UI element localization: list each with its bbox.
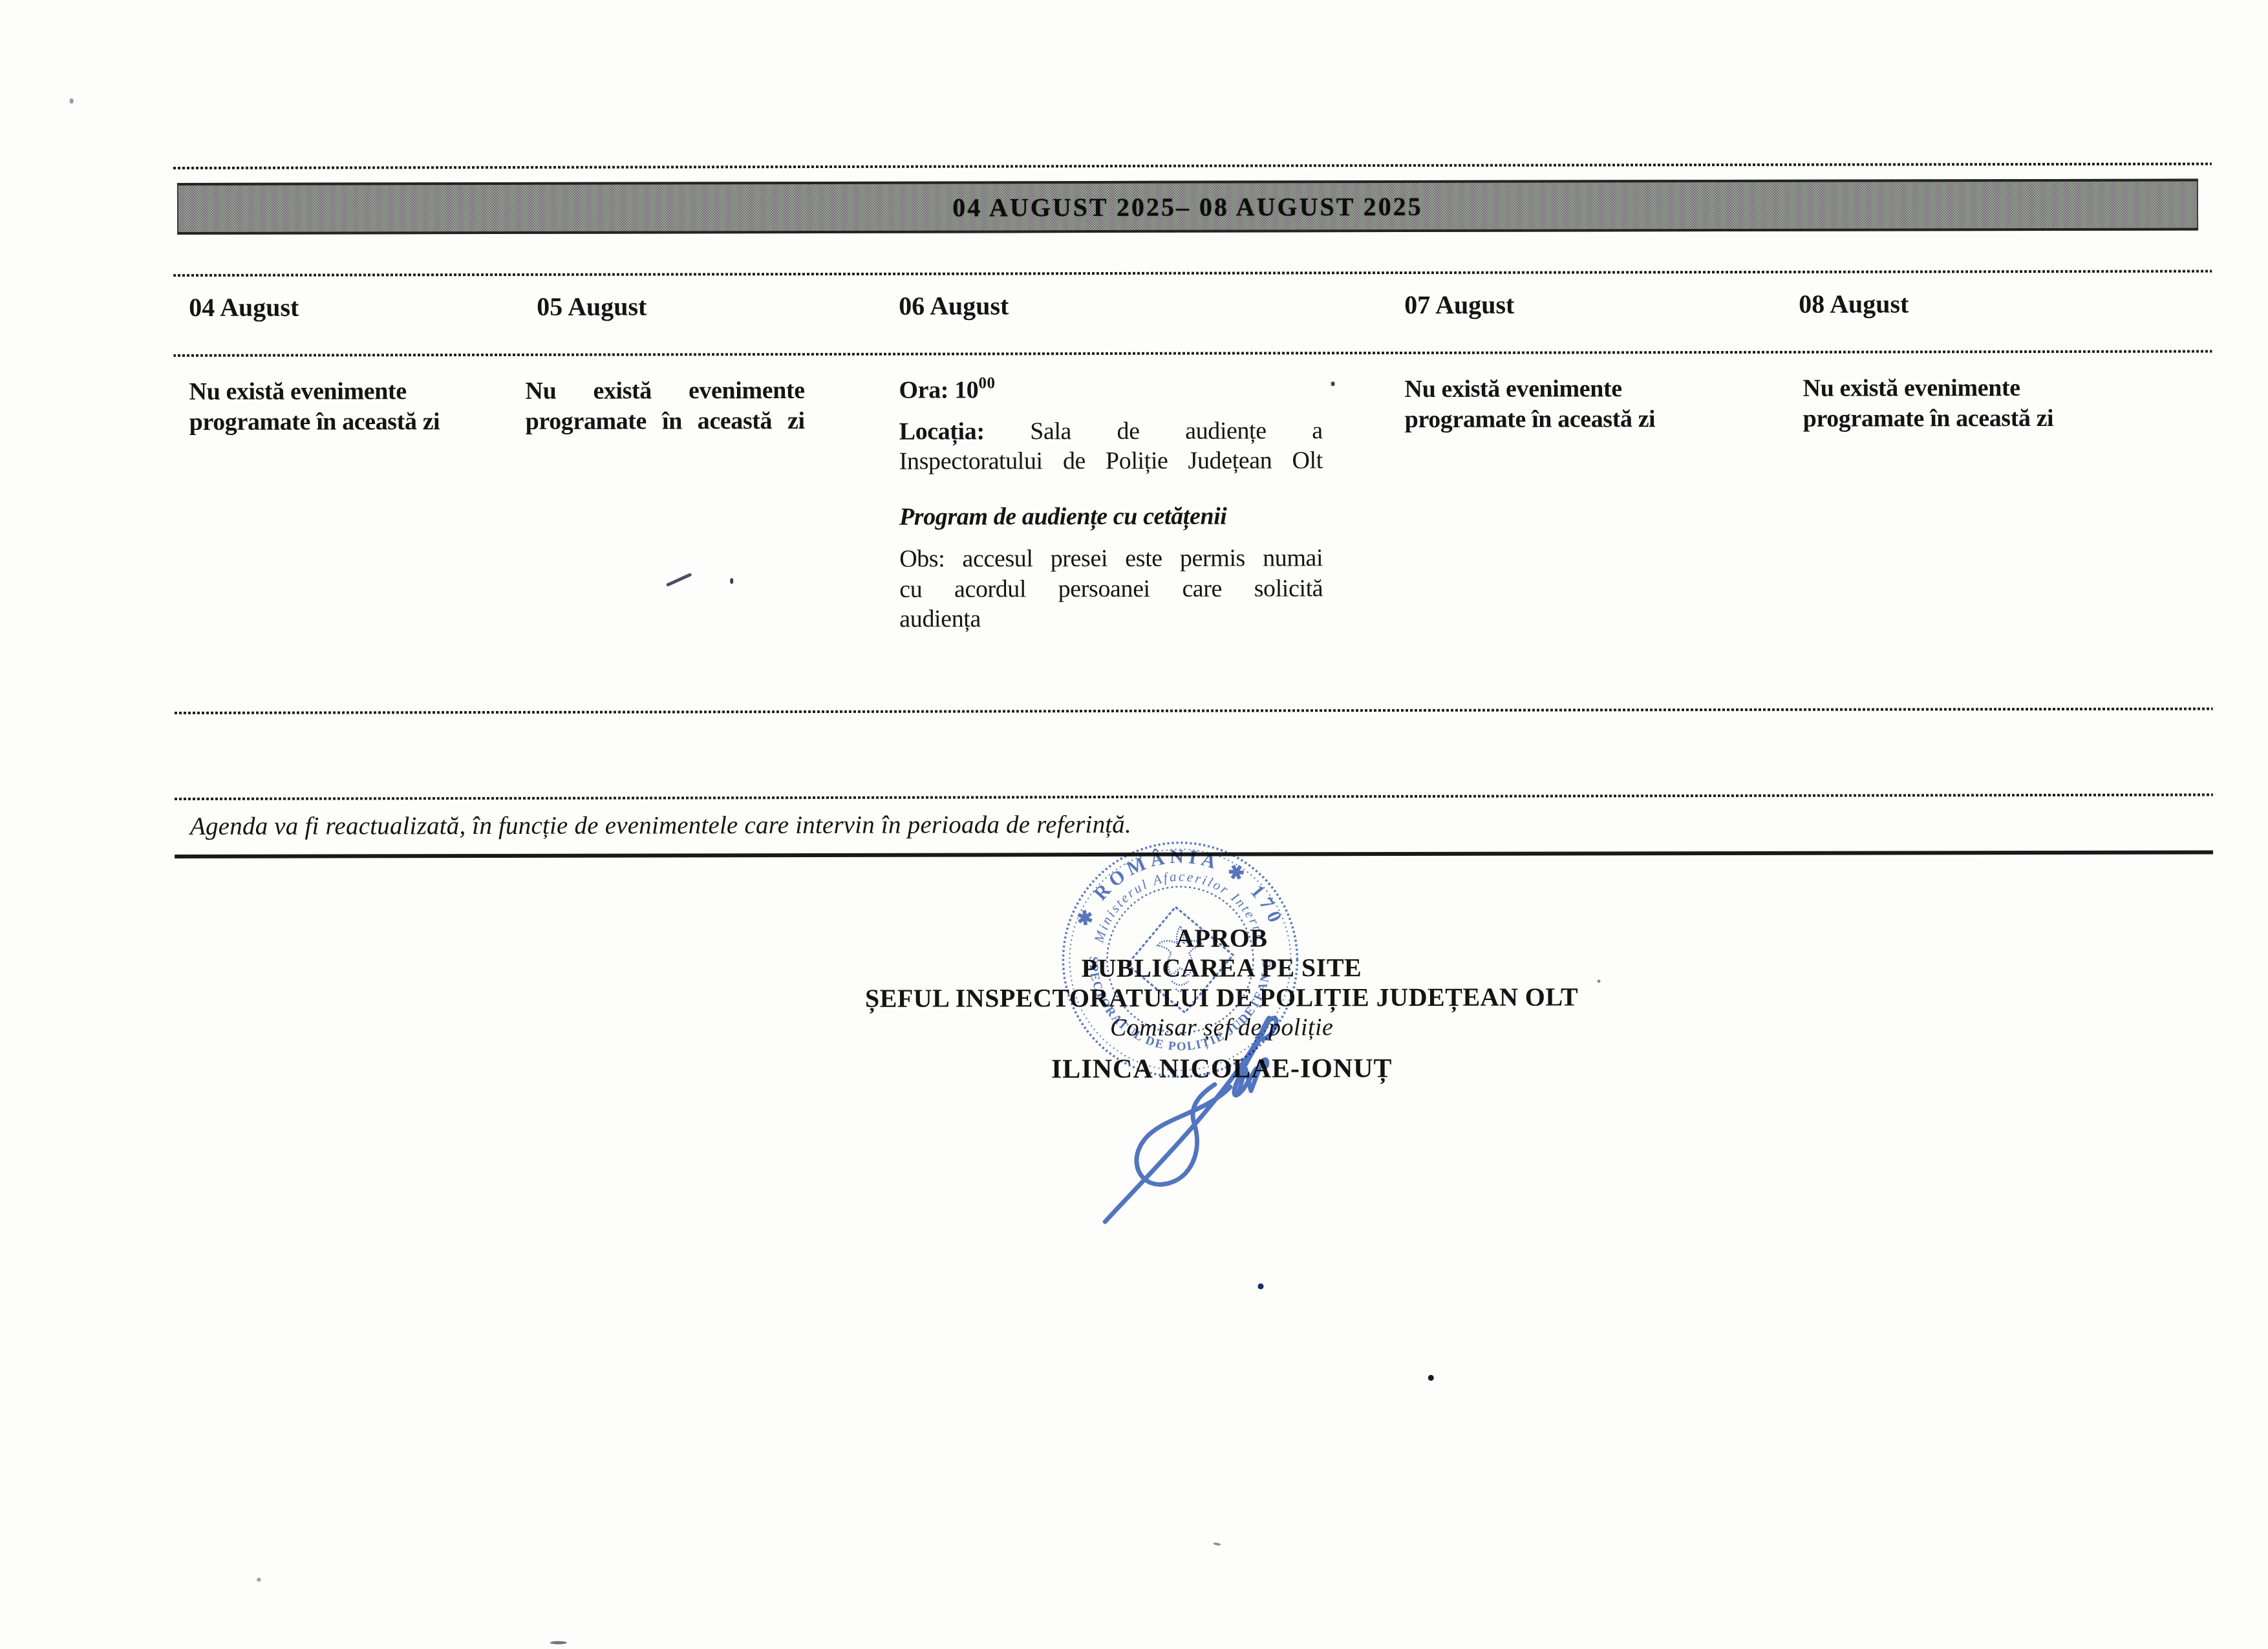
scan-speck	[550, 1641, 567, 1644]
event-obs-line3: audiența	[899, 603, 1323, 633]
cell-08-august-no-events: Nu există evenimente programate în aceas…	[1803, 373, 2101, 434]
day-header-04-august: 04 August	[189, 292, 299, 323]
week-banner-title: 04 AUGUST 2025– 08 AUGUST 2025	[952, 191, 1423, 222]
scan-speck	[1213, 1542, 1221, 1546]
scan-speck	[730, 578, 733, 584]
cell-05-august-no-events: Nu există evenimente programate în aceas…	[526, 376, 805, 437]
rule-table-bottom	[175, 707, 2213, 714]
day-header-06-august: 06 August	[899, 290, 1009, 321]
rule-note-top	[175, 793, 2213, 800]
event-program-title: Program de audiențe cu cetățenii	[899, 501, 1323, 531]
scan-speck	[257, 1578, 261, 1582]
no-events-line1: Nu există evenimente	[189, 376, 487, 407]
signature-strokes	[1105, 1018, 1277, 1222]
agenda-update-note: Agenda va fi reactualizată, în funcție d…	[190, 810, 1131, 841]
rule-header-top	[173, 270, 2212, 277]
day-header-08-august: 08 August	[1799, 288, 1909, 319]
pen-signature	[1036, 996, 1315, 1242]
no-events-line2: programate în această zi	[1405, 404, 1702, 435]
event-obs-line2: cu acordul persoanei care solicită	[899, 573, 1323, 604]
scan-speck	[1598, 979, 1601, 983]
event-location-line1: Locația: Sala de audiențe a	[899, 416, 1323, 446]
stamp-eagle-emblem	[1157, 926, 1203, 992]
day-header-05-august: 05 August	[537, 291, 647, 321]
no-events-line2: programate în această zi	[189, 407, 487, 438]
scanned-agenda-page: 04 AUGUST 2025– 08 AUGUST 2025 04 August…	[0, 0, 2268, 1649]
scan-speck	[1331, 381, 1335, 386]
no-events-line1: Nu există evenimente	[1405, 374, 1702, 405]
week-banner: 04 AUGUST 2025– 08 AUGUST 2025	[177, 178, 2198, 235]
cell-04-august-no-events: Nu există evenimente programate în aceas…	[189, 376, 487, 438]
event-location-text1: Sala de audiențe a	[1030, 417, 1323, 445]
scan-speck	[70, 98, 74, 103]
event-time: Ora: 1000	[899, 374, 1323, 408]
rule-page-top	[173, 162, 2212, 169]
scan-content: 04 AUGUST 2025– 08 AUGUST 2025 04 August…	[0, 0, 2268, 1649]
ink-dot	[1428, 1375, 1434, 1381]
no-events-line2: programate în această zi	[1803, 403, 2101, 434]
event-obs-line1: Obs: accesul presei este permis numai	[899, 543, 1323, 573]
no-events-line2: programate în această zi	[526, 406, 805, 437]
scan-pen-mark	[666, 573, 692, 587]
event-time-superscript: 00	[978, 374, 995, 392]
cell-07-august-no-events: Nu există evenimente programate în aceas…	[1405, 374, 1702, 435]
cell-06-august-event: Ora: 1000 Locația: Sala de audiențe a In…	[899, 374, 1323, 375]
event-time-value: 10	[954, 376, 978, 403]
event-location-line2: Inspectoratului de Poliție Județean Olt	[899, 445, 1323, 476]
no-events-line1: Nu există evenimente	[526, 376, 805, 407]
no-events-line1: Nu există evenimente	[1803, 373, 2101, 404]
event-location-label: Locația:	[899, 418, 985, 445]
ink-dot	[1257, 1283, 1263, 1289]
rule-header-bottom	[173, 350, 2212, 357]
event-time-label: Ora:	[899, 376, 955, 403]
day-header-07-august: 07 August	[1404, 290, 1514, 320]
